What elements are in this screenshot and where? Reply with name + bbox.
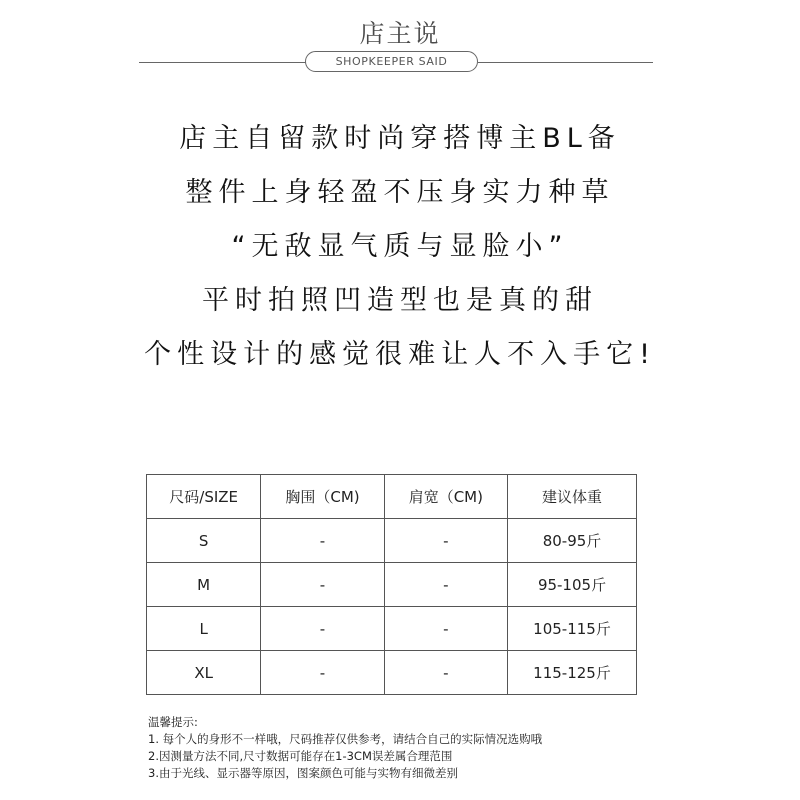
cell-shoulder: -: [384, 607, 507, 651]
cell-shoulder: -: [384, 519, 507, 563]
table-row: L - - 105-115斤: [147, 607, 637, 651]
table-row: M - - 95-105斤: [147, 563, 637, 607]
table-row: S - - 80-95斤: [147, 519, 637, 563]
cell-chest: -: [261, 519, 384, 563]
cell-weight: 115-125斤: [508, 651, 637, 695]
section-title: 店主说: [0, 14, 800, 50]
table-header-row: 尺码/SIZE 胸围（CM) 肩宽（CM) 建议体重: [147, 475, 637, 519]
header-shoulder: 肩宽（CM): [384, 475, 507, 519]
cell-size: XL: [147, 651, 261, 695]
divider-right: [478, 62, 653, 63]
section-subtitle-pill: SHOPKEEPER SAID: [305, 51, 478, 72]
notes-item-2: 2.因测量方法不同,尺寸数据可能存在1-3CM误差属合理范围: [148, 748, 542, 765]
header-size: 尺码/SIZE: [147, 475, 261, 519]
header-chest: 胸围（CM): [261, 475, 384, 519]
cell-shoulder: -: [384, 651, 507, 695]
cell-size: S: [147, 519, 261, 563]
cell-shoulder: -: [384, 563, 507, 607]
cell-chest: -: [261, 651, 384, 695]
header-weight: 建议体重: [508, 475, 637, 519]
slogan-line-3: “无敌显气质与显脸小”: [0, 224, 800, 263]
slogan-line-2: 整件上身轻盈不压身实力种草: [0, 170, 800, 209]
cell-size: L: [147, 607, 261, 651]
divider-left: [139, 62, 306, 63]
cell-weight: 80-95斤: [508, 519, 637, 563]
notes-item-3: 3.由于光线、显示器等原因，图案颜色可能与实物有细微差别: [148, 765, 542, 782]
slogan-line-5: 个性设计的感觉很难让人不入手它!: [0, 332, 800, 371]
cell-size: M: [147, 563, 261, 607]
notes-item-1: 1. 每个人的身形不一样哦，尺码推荐仅供参考，请结合自己的实际情况选购哦: [148, 731, 542, 748]
notes-block: 温馨提示: 1. 每个人的身形不一样哦，尺码推荐仅供参考，请结合自己的实际情况选…: [148, 714, 542, 782]
slogan-line-4: 平时拍照凹造型也是真的甜: [0, 278, 800, 317]
slogan-line-1: 店主自留款时尚穿搭博主BL备: [0, 116, 800, 155]
cell-chest: -: [261, 563, 384, 607]
notes-title: 温馨提示:: [148, 714, 542, 731]
cell-weight: 105-115斤: [508, 607, 637, 651]
cell-chest: -: [261, 607, 384, 651]
table-row: XL - - 115-125斤: [147, 651, 637, 695]
cell-weight: 95-105斤: [508, 563, 637, 607]
size-chart-table: 尺码/SIZE 胸围（CM) 肩宽（CM) 建议体重 S - - 80-95斤 …: [146, 474, 637, 695]
